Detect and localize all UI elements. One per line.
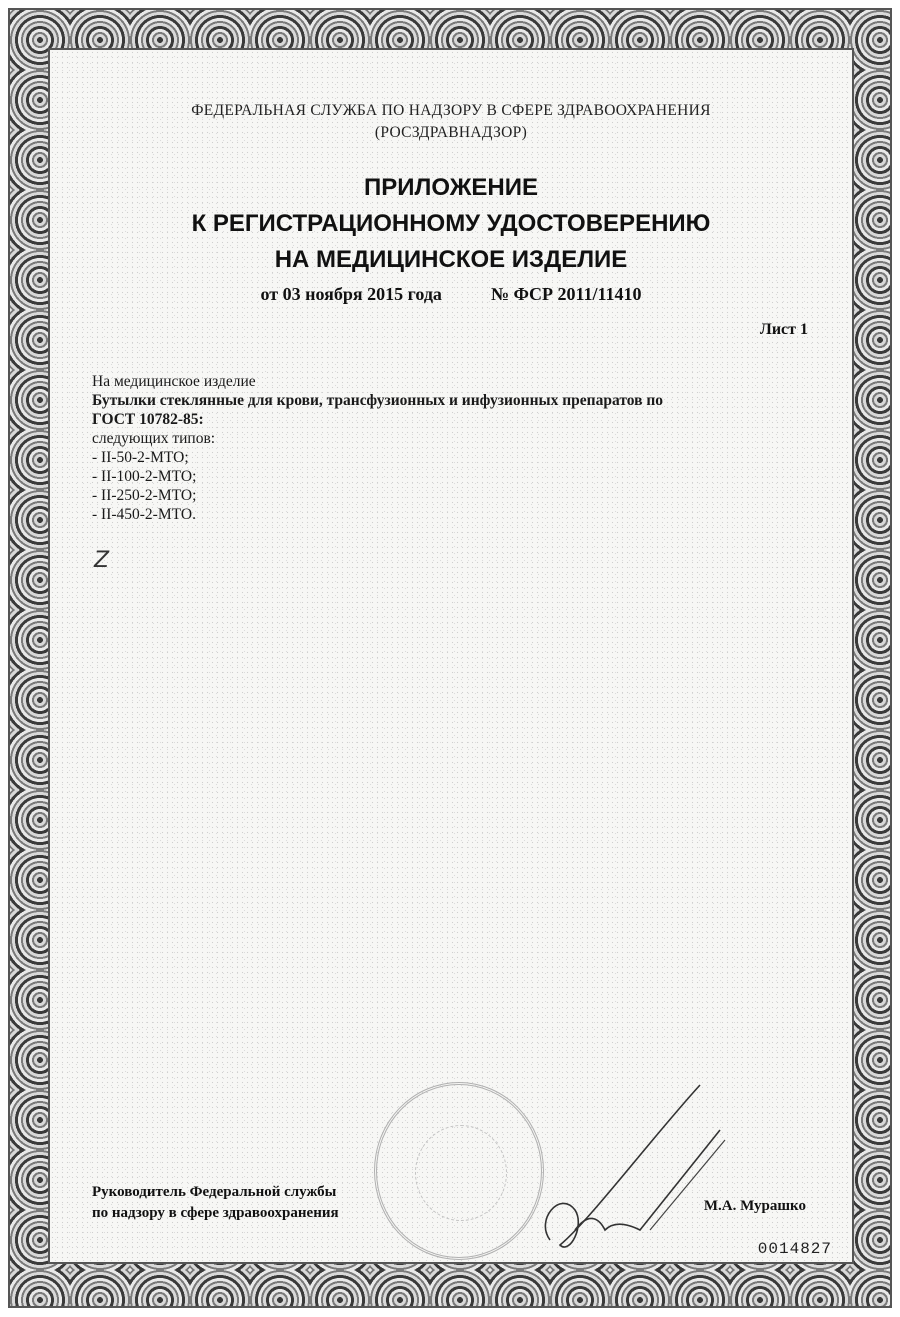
types-label: следующих типов: [92,429,812,448]
list-item: - II-450-2-МТО. [92,505,812,524]
handwritten-z-mark: Z [94,548,109,573]
official-seal-icon [374,1082,544,1260]
list-item: - II-100-2-МТО; [92,467,812,486]
agency-abbreviation: (РОСЗДРАВНАДЗОР) [50,122,852,144]
list-item: - II-50-2-МТО; [92,448,812,467]
document-body: На медицинское изделие Бутылки стеклянны… [92,372,812,524]
intro-text: На медицинское изделие [92,372,812,391]
title-line-3: НА МЕДИЦИНСКОЕ ИЗДЕЛИЕ [50,242,852,278]
registration-date: от 03 ноября 2015 года [261,284,442,304]
registration-line: от 03 ноября 2015 года № ФСР 2011/11410 [50,284,852,305]
registration-number: № ФСР 2011/11410 [491,284,642,304]
signer-name: М.А. Мурашко [704,1198,806,1215]
signer-position-line-2: по надзору в сфере здравоохранения [92,1203,339,1224]
agency-name: ФЕДЕРАЛЬНАЯ СЛУЖБА ПО НАДЗОРУ В СФЕРЕ ЗД… [50,100,852,122]
document-title: ПРИЛОЖЕНИЕ К РЕГИСТРАЦИОННОМУ УДОСТОВЕРЕ… [50,170,852,278]
document-page: ФЕДЕРАЛЬНАЯ СЛУЖБА ПО НАДЗОРУ В СФЕРЕ ЗД… [48,48,854,1264]
product-name-line-1: Бутылки стеклянные для крови, трансфузио… [92,391,812,410]
signer-position-line-1: Руководитель Федеральной службы [92,1182,339,1203]
agency-header: ФЕДЕРАЛЬНАЯ СЛУЖБА ПО НАДЗОРУ В СФЕРЕ ЗД… [50,100,852,144]
title-line-1: ПРИЛОЖЕНИЕ [50,170,852,206]
title-line-2: К РЕГИСТРАЦИОННОМУ УДОСТОВЕРЕНИЮ [50,206,852,242]
signature-icon [530,1080,730,1260]
sheet-number: Лист 1 [760,321,808,339]
product-name-line-2: ГОСТ 10782-85: [92,410,812,429]
signer-position: Руководитель Федеральной службы по надзо… [92,1182,339,1224]
list-item: - II-250-2-МТО; [92,486,812,505]
types-list: - II-50-2-МТО; - II-100-2-МТО; - II-250-… [92,448,812,524]
serial-number: 0014827 [758,1240,832,1258]
